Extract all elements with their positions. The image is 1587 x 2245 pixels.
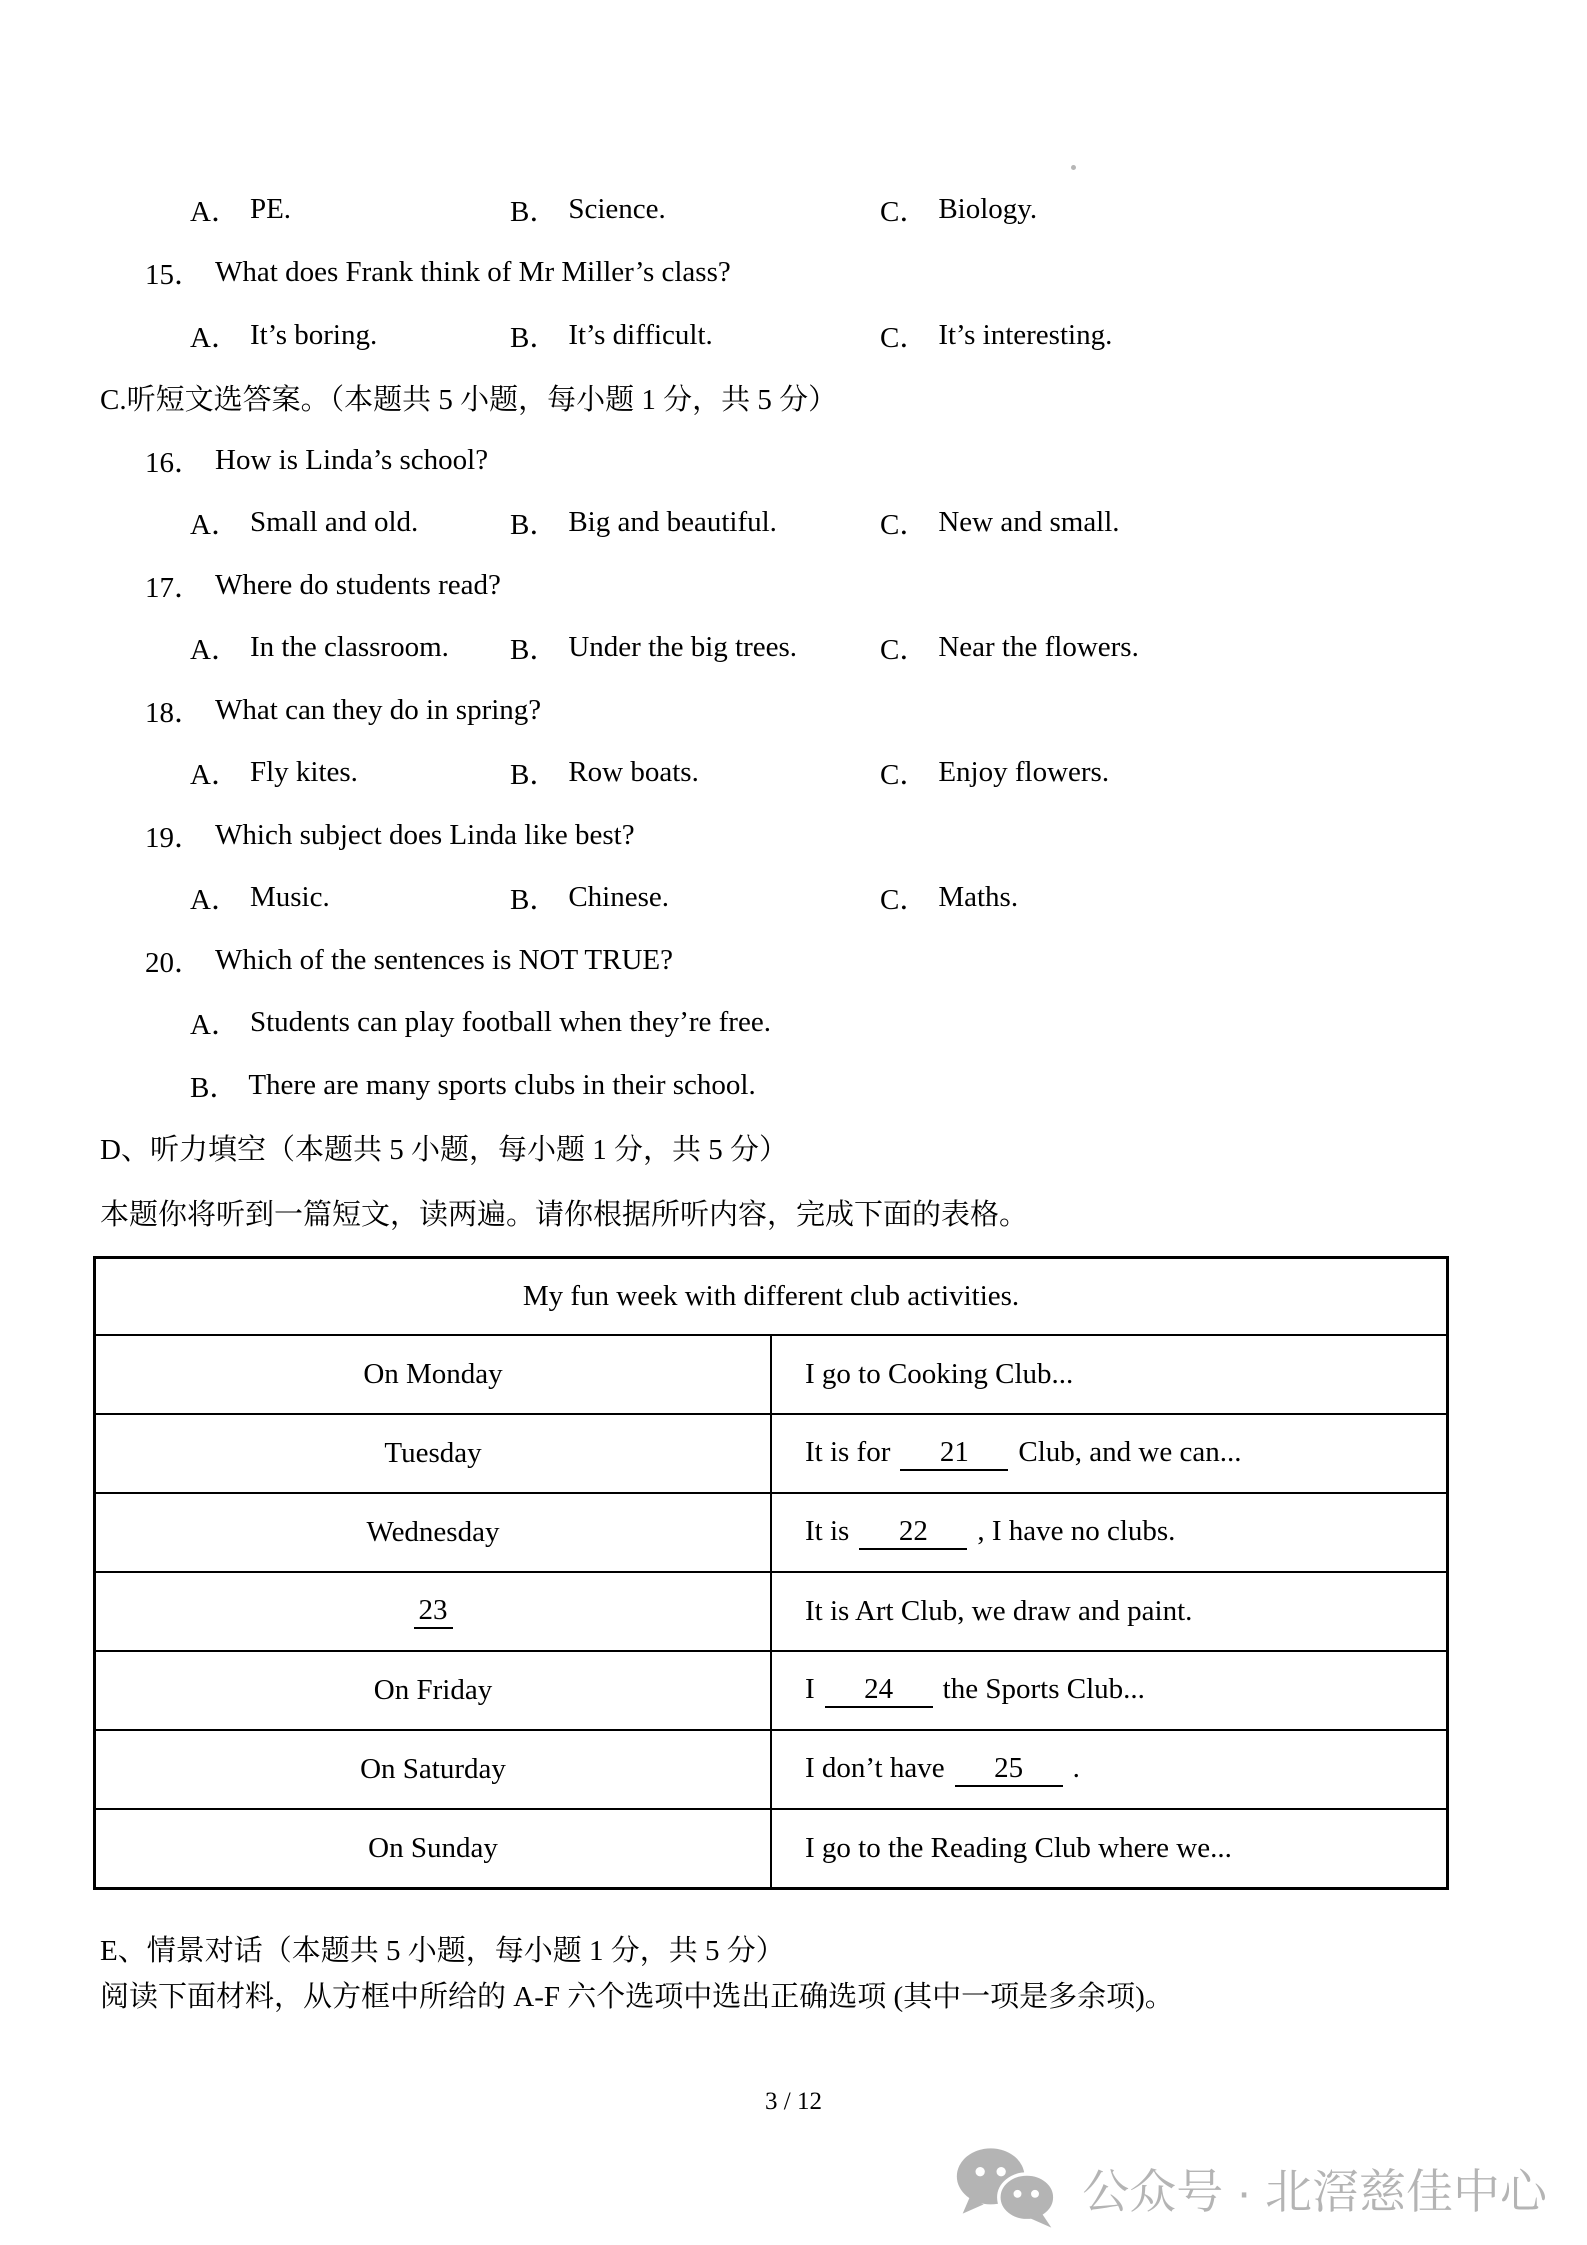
- option-label: B．: [510, 502, 558, 543]
- content-text: It is Art Club, we draw and paint.: [805, 1595, 1192, 1627]
- option-label: C．: [880, 502, 928, 543]
- option-row-16: A．Small and old. B．Big and beautiful. C．…: [0, 491, 1587, 554]
- section-e-instruction: 阅读下面材料，从方框中所给的 A-F 六个选项中选出正确选项 (其中一项是多余项…: [100, 1970, 1174, 2018]
- content-cell: I go to Cooking Club...: [771, 1335, 1448, 1414]
- question-number: 20．: [145, 940, 203, 981]
- table-row: On Friday I24the Sports Club...: [95, 1651, 1448, 1730]
- question-number: 17．: [145, 565, 203, 606]
- option-label: A．: [190, 315, 240, 356]
- blank-21: 21: [900, 1436, 1008, 1471]
- instruction-text: 本题你将听到一篇短文，读两遍。请你根据所听内容，完成下面的表格。: [100, 1192, 1028, 1233]
- question-text: Which of the sentences is NOT TRUE?: [215, 944, 673, 977]
- option-text: Students can play football when they’re …: [250, 1006, 771, 1039]
- page-number: 3 / 12: [0, 2088, 1587, 2116]
- question-text: Where do students read?: [215, 569, 501, 602]
- option-18-c: C．Enjoy flowers.: [880, 752, 1109, 793]
- option-text: New and small.: [938, 506, 1119, 539]
- day-cell: Wednesday: [95, 1493, 772, 1572]
- option-19-b: B．Chinese.: [510, 877, 669, 918]
- content-pre: I don’t have: [805, 1752, 945, 1784]
- question-17: 17． Where do students read?: [145, 554, 501, 617]
- option-text: In the classroom.: [250, 631, 449, 664]
- table-row: Wednesday It is22, I have no clubs.: [95, 1493, 1448, 1572]
- option-19-a: A．Music.: [190, 877, 330, 918]
- section-header-e: E、情景对话（本题共 5 小题，每小题 1 分，共 5 分）: [100, 1924, 785, 1972]
- content-post: the Sports Club...: [943, 1673, 1145, 1705]
- blank-24: 24: [825, 1673, 933, 1708]
- option-label: B．: [510, 877, 558, 918]
- question-20: 20． Which of the sentences is NOT TRUE?: [145, 929, 673, 992]
- question-16: 16． How is Linda’s school?: [145, 429, 488, 492]
- option-label: B．: [510, 315, 558, 356]
- blank-23: 23: [414, 1594, 453, 1629]
- option-14-a: A．PE.: [190, 189, 291, 230]
- option-text: It’s difficult.: [568, 319, 712, 352]
- option-17-a: A．In the classroom.: [190, 627, 449, 668]
- content-cell: It is22, I have no clubs.: [771, 1493, 1448, 1572]
- option-14-b: B．Science.: [510, 189, 666, 230]
- option-label: A．: [190, 877, 240, 918]
- option-label: B．: [510, 752, 558, 793]
- content-cell: It is for21Club, and we can...: [771, 1414, 1448, 1493]
- option-text: Small and old.: [250, 506, 418, 539]
- option-label: B．: [510, 189, 558, 230]
- option-text: Big and beautiful.: [568, 506, 777, 539]
- option-label: A．: [190, 627, 240, 668]
- option-text: Science.: [568, 193, 665, 226]
- option-text: There are many sports clubs in their sch…: [248, 1069, 755, 1102]
- question-number: 15．: [145, 252, 203, 293]
- question-text: What does Frank think of Mr Miller’s cla…: [215, 256, 731, 289]
- option-14-c: C．Biology.: [880, 189, 1037, 230]
- table-row: On Monday I go to Cooking Club...: [95, 1335, 1448, 1414]
- content-pre: I: [805, 1673, 815, 1705]
- content-post: .: [1073, 1752, 1080, 1784]
- option-17-c: C．Near the flowers.: [880, 627, 1139, 668]
- question-text: Which subject does Linda like best?: [215, 819, 635, 852]
- content-cell: It is Art Club, we draw and paint.: [771, 1572, 1448, 1651]
- option-label: C．: [880, 752, 928, 793]
- day-cell: Tuesday: [95, 1414, 772, 1493]
- content-pre: It is: [805, 1515, 849, 1547]
- option-label: A．: [190, 189, 240, 230]
- option-row-15: A．It’s boring. B．It’s difficult. C．It’s …: [0, 304, 1587, 367]
- option-text: It’s boring.: [250, 319, 377, 352]
- option-row-17: A．In the classroom. B．Under the big tree…: [0, 616, 1587, 679]
- option-label: B．: [510, 627, 558, 668]
- question-number: 16．: [145, 440, 203, 481]
- watermark: 公众号 · 北滘慈佳中心: [948, 2146, 1547, 2230]
- table-title: My fun week with different club activiti…: [95, 1258, 1448, 1336]
- option-label: B．: [190, 1065, 238, 1106]
- option-15-a: A．It’s boring.: [190, 315, 377, 356]
- day-cell: 23: [95, 1572, 772, 1651]
- option-text: PE.: [250, 193, 291, 226]
- wechat-icon: [948, 2146, 1066, 2230]
- day-cell: On Saturday: [95, 1730, 772, 1809]
- option-17-b: B．Under the big trees.: [510, 627, 797, 668]
- option-16-b: B．Big and beautiful.: [510, 502, 777, 543]
- content-cell: I24the Sports Club...: [771, 1651, 1448, 1730]
- content-post: , I have no clubs.: [977, 1515, 1175, 1547]
- section-d-instruction: 本题你将听到一篇短文，读两遍。请你根据所听内容，完成下面的表格。: [100, 1181, 1028, 1244]
- option-text: Fly kites.: [250, 756, 358, 789]
- option-15-b: B．It’s difficult.: [510, 315, 713, 356]
- option-label: C．: [880, 627, 928, 668]
- option-label: C．: [880, 315, 928, 356]
- blank-22: 22: [859, 1515, 967, 1550]
- question-15: 15． What does Frank think of Mr Miller’s…: [145, 241, 731, 304]
- option-text: Row boats.: [568, 756, 699, 789]
- option-20-a: A． Students can play football when they’…: [190, 991, 771, 1054]
- section-header-text: C.听短文选答案。（本题共 5 小题，每小题 1 分，共 5 分）: [100, 377, 837, 418]
- option-18-b: B．Row boats.: [510, 752, 699, 793]
- table-row: On Sunday I go to the Reading Club where…: [95, 1809, 1448, 1889]
- section-header-d: D、听力填空（本题共 5 小题，每小题 1 分，共 5 分）: [100, 1116, 788, 1179]
- question-18: 18． What can they do in spring?: [145, 679, 541, 742]
- option-16-a: A．Small and old.: [190, 502, 418, 543]
- option-label: A．: [190, 752, 240, 793]
- option-label: A．: [190, 502, 240, 543]
- option-text: Chinese.: [568, 881, 669, 914]
- question-text: How is Linda’s school?: [215, 444, 488, 477]
- option-text: Music.: [250, 881, 330, 914]
- option-text: It’s interesting.: [938, 319, 1112, 352]
- section-header-text: D、听力填空（本题共 5 小题，每小题 1 分，共 5 分）: [100, 1127, 788, 1168]
- option-row-19: A．Music. B．Chinese. C．Maths.: [0, 866, 1587, 929]
- option-row-14: A．PE. B．Science. C．Biology.: [0, 178, 1587, 241]
- content-post: Club, and we can...: [1018, 1436, 1241, 1468]
- question-text: What can they do in spring?: [215, 694, 541, 727]
- content-cell: I go to the Reading Club where we...: [771, 1809, 1448, 1889]
- option-text: Biology.: [938, 193, 1037, 226]
- option-label: A．: [190, 1002, 240, 1043]
- question-number: 18．: [145, 690, 203, 731]
- option-15-c: C．It’s interesting.: [880, 315, 1112, 356]
- option-text: Under the big trees.: [568, 631, 797, 664]
- content-cell: I don’t have25.: [771, 1730, 1448, 1809]
- section-header-text: E、情景对话（本题共 5 小题，每小题 1 分，共 5 分）: [100, 1928, 785, 1969]
- club-activities-table: My fun week with different club activiti…: [93, 1256, 1449, 1890]
- option-label: C．: [880, 877, 928, 918]
- exam-page: A．PE. B．Science. C．Biology. 15． What doe…: [0, 0, 1587, 2245]
- option-text: Near the flowers.: [938, 631, 1139, 664]
- table-title-row: My fun week with different club activiti…: [95, 1258, 1448, 1336]
- day-cell: On Sunday: [95, 1809, 772, 1889]
- watermark-text: 公众号 · 北滘慈佳中心: [1082, 2155, 1547, 2222]
- question-19: 19． Which subject does Linda like best?: [145, 804, 635, 867]
- option-row-18: A．Fly kites. B．Row boats. C．Enjoy flower…: [0, 741, 1587, 804]
- table-row: On Saturday I don’t have25.: [95, 1730, 1448, 1809]
- option-16-c: C．New and small.: [880, 502, 1120, 543]
- option-label: C．: [880, 189, 928, 230]
- option-text: Enjoy flowers.: [938, 756, 1109, 789]
- content-text: I go to the Reading Club where we...: [805, 1832, 1232, 1864]
- content-pre: It is for: [805, 1436, 890, 1468]
- option-19-c: C．Maths.: [880, 877, 1018, 918]
- option-20-b: B． There are many sports clubs in their …: [190, 1054, 756, 1117]
- instruction-text: 阅读下面材料，从方框中所给的 A-F 六个选项中选出正确选项 (其中一项是多余项…: [100, 1974, 1174, 2015]
- table-row: 23 It is Art Club, we draw and paint.: [95, 1572, 1448, 1651]
- section-header-c: C.听短文选答案。（本题共 5 小题，每小题 1 分，共 5 分）: [100, 366, 837, 429]
- table-row: Tuesday It is for21Club, and we can...: [95, 1414, 1448, 1493]
- blank-25: 25: [955, 1752, 1063, 1787]
- option-18-a: A．Fly kites.: [190, 752, 358, 793]
- stray-dot: [1071, 165, 1076, 170]
- day-cell: On Friday: [95, 1651, 772, 1730]
- option-text: Maths.: [938, 881, 1018, 914]
- day-cell: On Monday: [95, 1335, 772, 1414]
- question-number: 19．: [145, 815, 203, 856]
- content-text: I go to Cooking Club...: [805, 1358, 1073, 1390]
